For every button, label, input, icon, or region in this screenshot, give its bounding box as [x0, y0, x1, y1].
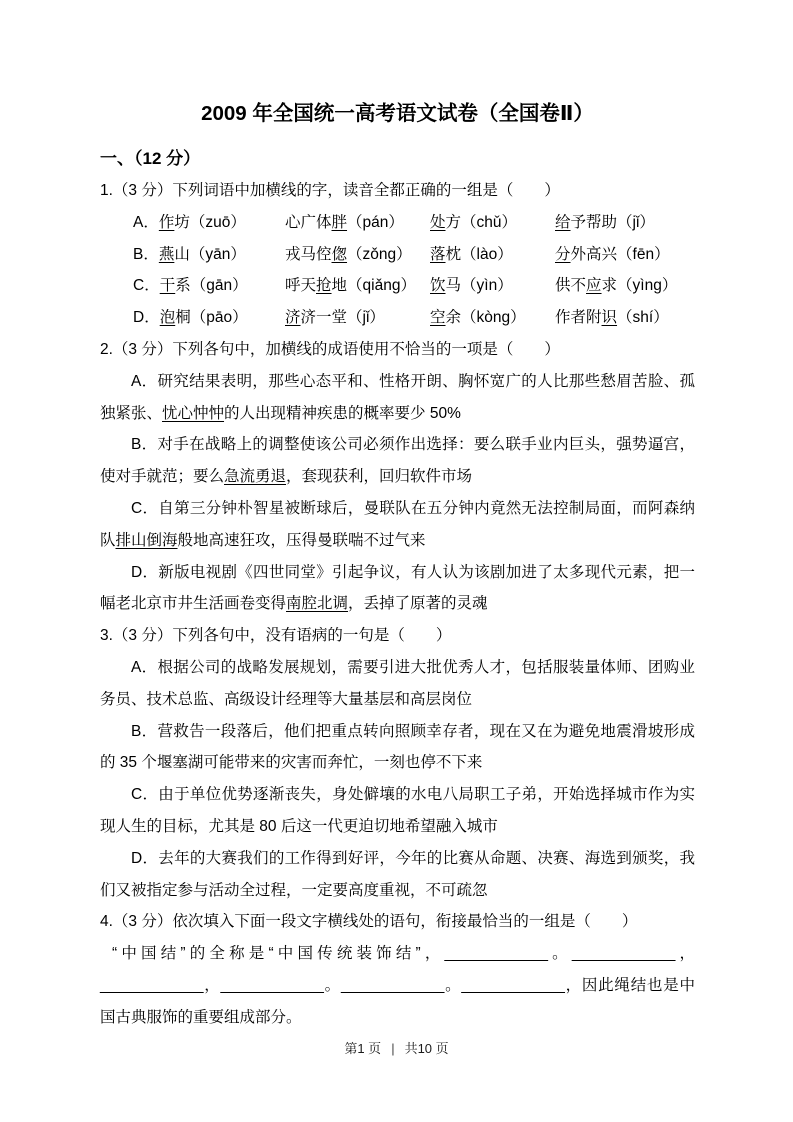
q1-b-word-4: 分外高兴（fēn） [555, 239, 695, 271]
q1-option-row-a: A．作坊（zuō） 心广体胖（pán） 处方（chǔ） 给予帮助（jǐ） [100, 207, 695, 239]
q1-option-row-c: C．干系（gān） 呼天抢地（qiǎng） 饮马（yìn） 供不应求（yìng） [100, 270, 695, 302]
page-title: 2009 年全国统一高考语文试卷（全国卷Ⅱ） [100, 100, 695, 128]
exam-paper-page: 2009 年全国统一高考语文试卷（全国卷Ⅱ） 一、（12 分） 1.（3 分）下… [0, 0, 793, 1122]
q4-stem: 4.（3 分）依次填入下面一段文字横线处的语句，衔接最恰当的一组是（ ） [100, 906, 695, 938]
q3-option-b: B．营救告一段落后，他们把重点转向照顾幸存者，现在又在为避免地震滑坡形成的 35… [100, 716, 695, 780]
q2-stem: 2.（3 分）下列各句中，加横线的成语使用不恰当的一项是（ ） [100, 334, 695, 366]
q1-d-word-2: 济济一堂（jǐ） [285, 302, 430, 334]
q1-c-word-1: C．干系（gān） [133, 270, 285, 302]
q1-b-word-1: B．燕山（yān） [133, 239, 285, 271]
q1-c-word-4: 供不应求（yìng） [555, 270, 695, 302]
q2-option-b: B．对手在战略上的调整使该公司必须作出选择：要么联手业内巨头，强势逼宫，使对手就… [100, 429, 695, 493]
q1-a-word-3: 处方（chǔ） [430, 207, 555, 239]
footer-page-total: 共10 页 [405, 1041, 449, 1056]
q1-option-row-b: B．燕山（yān） 戎马倥偬（zǒng） 落枕（lào） 分外高兴（fēn） [100, 239, 695, 271]
q1-a-word-2: 心广体胖（pán） [285, 207, 430, 239]
section-heading: 一、（12 分） [100, 143, 695, 175]
q1-d-word-1: D．泡桐（pāo） [133, 302, 285, 334]
page-footer: 第1 页|共10 页 [0, 1038, 793, 1057]
q3-option-c: C．由于单位优势逐渐丧失，身处僻壤的水电八局职工子弟，开始选择城市作为实现人生的… [100, 779, 695, 843]
page-content: 2009 年全国统一高考语文试卷（全国卷Ⅱ） 一、（12 分） 1.（3 分）下… [0, 0, 793, 1034]
q2-option-d: D．新版电视剧《四世同堂》引起争议，有人认为该剧加进了太多现代元素，把一幅老北京… [100, 557, 695, 621]
q1-option-row-d: D．泡桐（pāo） 济济一堂（jǐ） 空余（kòng） 作者附识（shí） [100, 302, 695, 334]
q1-a-word-4: 给予帮助（jǐ） [555, 207, 695, 239]
q3-option-a: A．根据公司的战略发展规划，需要引进大批优秀人才，包括服装量体师、团购业务员、技… [100, 652, 695, 716]
q1-d-word-3: 空余（kòng） [430, 302, 555, 334]
q1-c-word-2: 呼天抢地（qiǎng） [285, 270, 430, 302]
q1-stem: 1.（3 分）下列词语中加横线的字，读音全都正确的一组是（ ） [100, 175, 695, 207]
q1-b-word-2: 戎马倥偬（zǒng） [285, 239, 430, 271]
footer-page-number: 第1 页 [344, 1041, 381, 1056]
q2-option-a: A．研究结果表明，那些心态平和、性格开朗、胸怀宽广的人比那些愁眉苦脸、孤独紧张、… [100, 366, 695, 430]
q1-b-word-3: 落枕（lào） [430, 239, 555, 271]
q1-c-word-3: 饮马（yìn） [430, 270, 555, 302]
q3-stem: 3.（3 分）下列各句中，没有语病的一句是（ ） [100, 620, 695, 652]
q2-option-c: C．自第三分钟朴智星被断球后，曼联队在五分钟内竟然无法控制局面，而阿森纳队排山倒… [100, 493, 695, 557]
q1-d-word-4: 作者附识（shí） [555, 302, 695, 334]
q3-option-d: D．去年的大赛我们的工作得到好评，今年的比赛从命题、决赛、海选到颁奖，我们又被指… [100, 843, 695, 907]
questions-block: 1.（3 分）下列词语中加横线的字，读音全都正确的一组是（ ） A．作坊（zuō… [100, 175, 695, 1034]
q1-a-word-1: A．作坊（zuō） [133, 207, 285, 239]
footer-separator: | [391, 1041, 394, 1056]
q4-passage: “中国结”的全称是“中国传统装饰结”，____________。________… [100, 938, 695, 1033]
